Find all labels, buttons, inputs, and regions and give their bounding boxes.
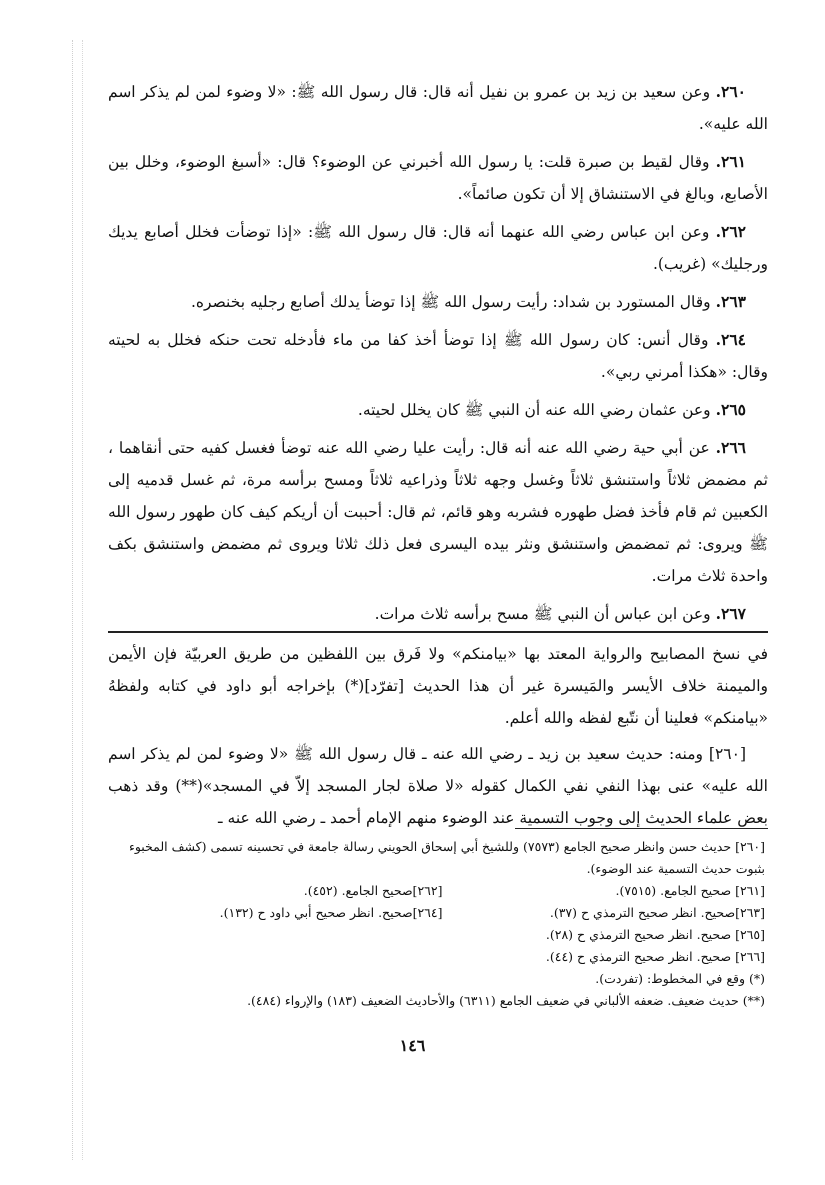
hadith-text: وعن ابن عباس رضي الله عنهما أنه قال: قال… [108, 223, 768, 273]
hadith-text: وقال لقيط بن صبرة قلت: يا رسول الله أخبر… [108, 153, 768, 203]
margin-scan-artifact [72, 40, 81, 1160]
hadith-text: وعن عثمان رضي الله عنه أن النبي ﷺ كان يخ… [358, 401, 711, 419]
hadith-paragraph: ٢٦٠. وعن سعيد بن زيد بن عمرو بن نفيل أنه… [108, 76, 768, 140]
footnote-star-2: (**) حديث ضعيف. ضعفه الألباني في ضعيف ال… [120, 990, 765, 1012]
hadith-paragraph: ٢٦٣. وقال المستورد بن شداد: رأيت رسول ال… [108, 286, 768, 318]
commentary-continuation: في نسخ المصابيح والرواية المعتد بها «بيا… [108, 638, 768, 734]
hadith-text: وعن سعيد بن زيد بن عمرو بن نفيل أنه قال:… [108, 83, 768, 133]
hadith-number: ٢٦٢. [716, 222, 746, 241]
hadith-number: ٢٦٣. [716, 292, 746, 311]
footnote-261: [٢٦١] صحيح الجامع. (٧٥١٥). [443, 880, 766, 902]
footnote-266: [٢٦٦] صحيح. انظر صحيح الترمذي ح (٤٤). [443, 946, 766, 968]
footnote-star-1: (*) وقع في المخطوط: (تفردت). [120, 968, 765, 990]
footnote-264: [٢٦٤]صحيح. انظر صحيح أبي داود ح (١٣٢). [120, 902, 443, 924]
footnote-grid: [٢٦١] صحيح الجامع. (٧٥١٥). [٢٦٢]صحيح الج… [120, 880, 765, 968]
footnote-empty [120, 946, 443, 968]
hadith-number: ٢٦٥. [716, 400, 746, 419]
hadith-text: وقال المستورد بن شداد: رأيت رسول الله ﷺ … [191, 293, 711, 311]
hadith-number: ٢٦١. [716, 152, 746, 171]
commentary-section: في نسخ المصابيح والرواية المعتد بها «بيا… [108, 638, 768, 838]
hadith-paragraph: ٢٦٢. وعن ابن عباس رضي الله عنهما أنه قال… [108, 216, 768, 280]
hadith-number: ٢٦٧. [716, 604, 746, 623]
commentary-note-260: [٢٦٠] ومنه: حديث سعيد بن زيد ـ رضي الله … [108, 738, 768, 834]
hadith-paragraph: ٢٦١. وقال لقيط بن صبرة قلت: يا رسول الله… [108, 146, 768, 210]
hadith-text: عن أبي حية رضي الله عنه أنه قال: رأيت عل… [108, 439, 768, 585]
hadith-text: وعن ابن عباس أن النبي ﷺ مسح برأسه ثلاث م… [375, 605, 711, 623]
page-number: ١٤٦ [0, 1036, 825, 1055]
scanned-book-page: ٢٦٠. وعن سعيد بن زيد بن عمرو بن نفيل أنه… [0, 0, 825, 1185]
hadith-paragraph: ٢٦٥. وعن عثمان رضي الله عنه أن النبي ﷺ ك… [108, 394, 768, 426]
hadith-paragraph: ٢٦٤. وقال أنس: كان رسول الله ﷺ إذا توضأ … [108, 324, 768, 388]
footnote-265: [٢٦٥] صحيح. انظر صحيح الترمذي ح (٢٨). [443, 924, 766, 946]
footnote-260: [٢٦٠] حديث حسن وانظر صحيح الجامع (٧٥٧٣) … [120, 836, 765, 880]
margin-scan-artifact [82, 40, 91, 1160]
hadith-number: ٢٦٦. [716, 438, 746, 457]
section-divider [108, 631, 768, 633]
hadith-paragraph: ٢٦٧. وعن ابن عباس أن النبي ﷺ مسح برأسه ث… [108, 598, 768, 630]
hadith-main-text: ٢٦٠. وعن سعيد بن زيد بن عمرو بن نفيل أنه… [108, 76, 768, 636]
hadith-text: وقال أنس: كان رسول الله ﷺ إذا توضأ أخذ ك… [108, 331, 768, 381]
footnote-empty [120, 924, 443, 946]
footnote-263: [٢٦٣]صحيح. انظر صحيح الترمذي ح (٣٧). [443, 902, 766, 924]
hadith-paragraph: ٢٦٦. عن أبي حية رضي الله عنه أنه قال: رأ… [108, 432, 768, 592]
hadith-number: ٢٦٤. [716, 330, 746, 349]
footnotes-section: [٢٦٠] حديث حسن وانظر صحيح الجامع (٧٥٧٣) … [120, 836, 765, 1012]
footnote-262: [٢٦٢]صحيح الجامع. (٤٥٢). [120, 880, 443, 902]
hadith-number: ٢٦٠. [716, 82, 746, 101]
footnote-divider [515, 828, 768, 829]
